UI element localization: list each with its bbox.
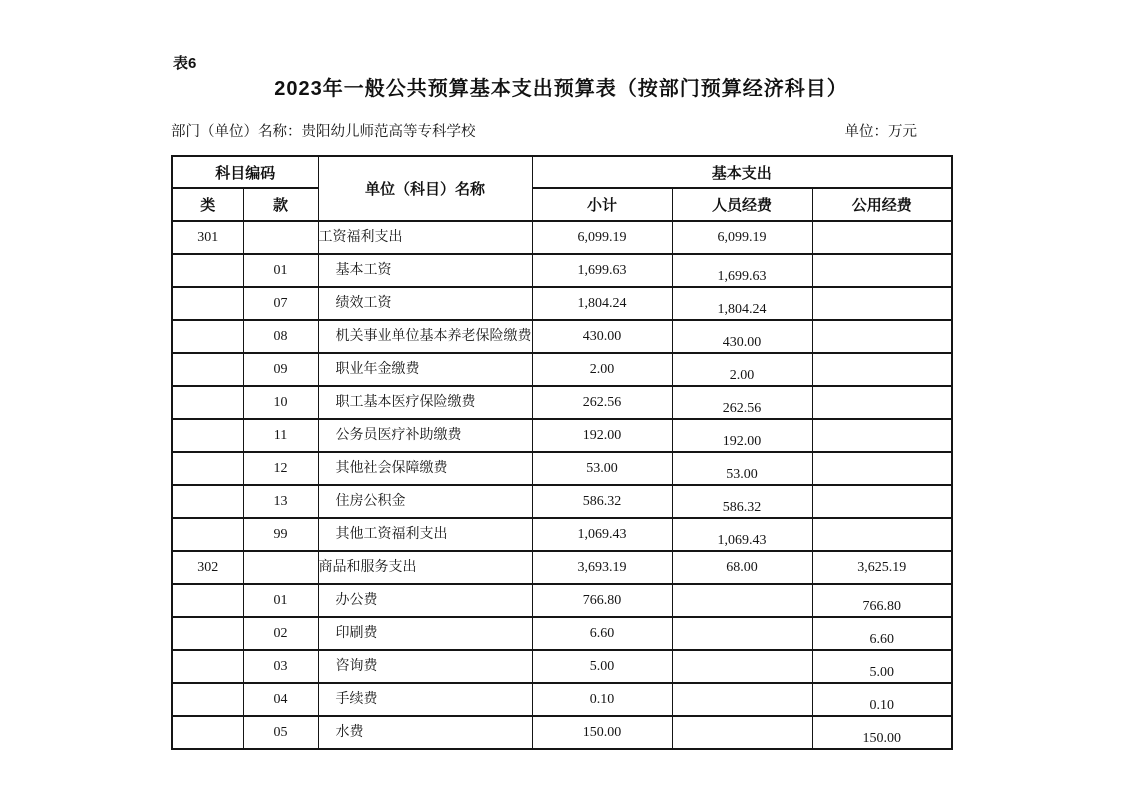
cell-personnel bbox=[672, 617, 812, 650]
cell-subject-name: 住房公积金 bbox=[318, 485, 532, 518]
cell-public bbox=[812, 419, 952, 452]
cell-subtotal: 53.00 bbox=[532, 452, 672, 485]
cell-item-code bbox=[243, 221, 318, 254]
cell-class-code: 302 bbox=[172, 551, 243, 584]
header-item: 款 bbox=[243, 188, 318, 221]
cell-personnel: 6,099.19 bbox=[672, 221, 812, 254]
cell-class-code bbox=[172, 353, 243, 386]
cell-item-code: 02 bbox=[243, 617, 318, 650]
table-row: 11 公务员医疗补助缴费 192.00 192.00 bbox=[172, 419, 952, 452]
cell-class-code bbox=[172, 485, 243, 518]
cell-subject-name: 水费 bbox=[318, 716, 532, 749]
table-row: 08 机关事业单位基本养老保险缴费 430.00 430.00 bbox=[172, 320, 952, 353]
table-row: 09 职业年金缴费 2.00 2.00 bbox=[172, 353, 952, 386]
budget-table: 科目编码 单位（科目）名称 基本支出 类 款 小计 人员经费 公用经费 301 … bbox=[171, 155, 953, 750]
cell-item-code: 04 bbox=[243, 683, 318, 716]
cell-item-code bbox=[243, 551, 318, 584]
cell-item-code: 03 bbox=[243, 650, 318, 683]
cell-subject-name: 咨询费 bbox=[318, 650, 532, 683]
cell-public: 6.60 bbox=[812, 617, 952, 650]
cell-class-code bbox=[172, 386, 243, 419]
cell-class-code bbox=[172, 650, 243, 683]
cell-subject-name: 其他工资福利支出 bbox=[318, 518, 532, 551]
cell-personnel: 1,804.24 bbox=[672, 287, 812, 320]
cell-subtotal: 0.10 bbox=[532, 683, 672, 716]
table-row: 10 职工基本医疗保险缴费 262.56 262.56 bbox=[172, 386, 952, 419]
document-page: 表6 2023年一般公共预算基本支出预算表（按部门预算经济科目） 部门（单位）名… bbox=[0, 0, 1122, 793]
table-row: 302 商品和服务支出 3,693.19 68.00 3,625.19 bbox=[172, 551, 952, 584]
cell-personnel bbox=[672, 584, 812, 617]
cell-class-code bbox=[172, 584, 243, 617]
cell-personnel: 1,069.43 bbox=[672, 518, 812, 551]
cell-subtotal: 1,069.43 bbox=[532, 518, 672, 551]
table-row: 07 绩效工资 1,804.24 1,804.24 bbox=[172, 287, 952, 320]
cell-public bbox=[812, 254, 952, 287]
cell-item-code: 07 bbox=[243, 287, 318, 320]
cell-class-code bbox=[172, 716, 243, 749]
cell-subject-name: 公务员医疗补助缴费 bbox=[318, 419, 532, 452]
cell-personnel bbox=[672, 716, 812, 749]
cell-class-code bbox=[172, 419, 243, 452]
cell-public: 0.10 bbox=[812, 683, 952, 716]
cell-class-code bbox=[172, 254, 243, 287]
cell-personnel: 68.00 bbox=[672, 551, 812, 584]
cell-public: 3,625.19 bbox=[812, 551, 952, 584]
cell-subject-name: 基本工资 bbox=[318, 254, 532, 287]
table-row: 02 印刷费 6.60 6.60 bbox=[172, 617, 952, 650]
cell-subtotal: 150.00 bbox=[532, 716, 672, 749]
table-number-label: 表6 bbox=[173, 52, 196, 73]
table-row: 01 基本工资 1,699.63 1,699.63 bbox=[172, 254, 952, 287]
cell-subject-name: 职业年金缴费 bbox=[318, 353, 532, 386]
cell-item-code: 12 bbox=[243, 452, 318, 485]
header-personnel-funds: 人员经费 bbox=[672, 188, 812, 221]
header-public-funds: 公用经费 bbox=[812, 188, 952, 221]
table-row: 01 办公费 766.80 766.80 bbox=[172, 584, 952, 617]
cell-subtotal: 5.00 bbox=[532, 650, 672, 683]
cell-subtotal: 262.56 bbox=[532, 386, 672, 419]
cell-subtotal: 6.60 bbox=[532, 617, 672, 650]
header-class: 类 bbox=[172, 188, 243, 221]
cell-subtotal: 6,099.19 bbox=[532, 221, 672, 254]
cell-class-code bbox=[172, 683, 243, 716]
cell-public bbox=[812, 485, 952, 518]
cell-item-code: 08 bbox=[243, 320, 318, 353]
cell-item-code: 11 bbox=[243, 419, 318, 452]
header-subtotal: 小计 bbox=[532, 188, 672, 221]
cell-public bbox=[812, 452, 952, 485]
cell-item-code: 13 bbox=[243, 485, 318, 518]
cell-public bbox=[812, 518, 952, 551]
cell-personnel bbox=[672, 683, 812, 716]
cell-personnel: 430.00 bbox=[672, 320, 812, 353]
header-subject-code: 科目编码 bbox=[172, 156, 318, 188]
cell-class-code bbox=[172, 452, 243, 485]
cell-subject-name: 职工基本医疗保险缴费 bbox=[318, 386, 532, 419]
department-name-label: 部门（单位）名称：贵阳幼儿师范高等专科学校 bbox=[171, 120, 476, 141]
cell-class-code bbox=[172, 617, 243, 650]
header-row-1: 科目编码 单位（科目）名称 基本支出 bbox=[172, 156, 952, 188]
cell-personnel: 586.32 bbox=[672, 485, 812, 518]
cell-public bbox=[812, 353, 952, 386]
cell-personnel bbox=[672, 650, 812, 683]
cell-subject-name: 绩效工资 bbox=[318, 287, 532, 320]
cell-item-code: 05 bbox=[243, 716, 318, 749]
table-row: 03 咨询费 5.00 5.00 bbox=[172, 650, 952, 683]
header-row-2: 类 款 小计 人员经费 公用经费 bbox=[172, 188, 952, 221]
cell-subtotal: 1,699.63 bbox=[532, 254, 672, 287]
currency-unit-label: 单位：万元 bbox=[845, 120, 918, 141]
header-unit-subject-name: 单位（科目）名称 bbox=[318, 156, 532, 221]
cell-public bbox=[812, 221, 952, 254]
cell-public: 766.80 bbox=[812, 584, 952, 617]
table-row: 05 水费 150.00 150.00 bbox=[172, 716, 952, 749]
cell-personnel: 2.00 bbox=[672, 353, 812, 386]
cell-subtotal: 766.80 bbox=[532, 584, 672, 617]
cell-subject-name: 其他社会保障缴费 bbox=[318, 452, 532, 485]
cell-subtotal: 430.00 bbox=[532, 320, 672, 353]
cell-subtotal: 3,693.19 bbox=[532, 551, 672, 584]
cell-item-code: 99 bbox=[243, 518, 318, 551]
cell-subtotal: 1,804.24 bbox=[532, 287, 672, 320]
table-row: 301 工资福利支出 6,099.19 6,099.19 bbox=[172, 221, 952, 254]
cell-subject-name: 机关事业单位基本养老保险缴费 bbox=[318, 320, 532, 353]
table-row: 12 其他社会保障缴费 53.00 53.00 bbox=[172, 452, 952, 485]
cell-subtotal: 192.00 bbox=[532, 419, 672, 452]
cell-item-code: 09 bbox=[243, 353, 318, 386]
cell-personnel: 1,699.63 bbox=[672, 254, 812, 287]
cell-item-code: 10 bbox=[243, 386, 318, 419]
cell-item-code: 01 bbox=[243, 254, 318, 287]
cell-personnel: 262.56 bbox=[672, 386, 812, 419]
cell-public: 150.00 bbox=[812, 716, 952, 749]
cell-public bbox=[812, 386, 952, 419]
cell-class-code bbox=[172, 518, 243, 551]
header-basic-expenditure: 基本支出 bbox=[532, 156, 952, 188]
cell-subject-name: 手续费 bbox=[318, 683, 532, 716]
cell-personnel: 192.00 bbox=[672, 419, 812, 452]
cell-public bbox=[812, 287, 952, 320]
table-row: 99 其他工资福利支出 1,069.43 1,069.43 bbox=[172, 518, 952, 551]
cell-public: 5.00 bbox=[812, 650, 952, 683]
cell-subject-name: 工资福利支出 bbox=[318, 221, 532, 254]
table-row: 04 手续费 0.10 0.10 bbox=[172, 683, 952, 716]
cell-class-code bbox=[172, 287, 243, 320]
cell-subject-name: 印刷费 bbox=[318, 617, 532, 650]
cell-subject-name: 商品和服务支出 bbox=[318, 551, 532, 584]
cell-personnel: 53.00 bbox=[672, 452, 812, 485]
cell-item-code: 01 bbox=[243, 584, 318, 617]
cell-class-code bbox=[172, 320, 243, 353]
cell-subtotal: 586.32 bbox=[532, 485, 672, 518]
cell-subject-name: 办公费 bbox=[318, 584, 532, 617]
page-title: 2023年一般公共预算基本支出预算表（按部门预算经济科目） bbox=[0, 72, 1122, 101]
cell-subtotal: 2.00 bbox=[532, 353, 672, 386]
table-row: 13 住房公积金 586.32 586.32 bbox=[172, 485, 952, 518]
cell-public bbox=[812, 320, 952, 353]
cell-class-code: 301 bbox=[172, 221, 243, 254]
